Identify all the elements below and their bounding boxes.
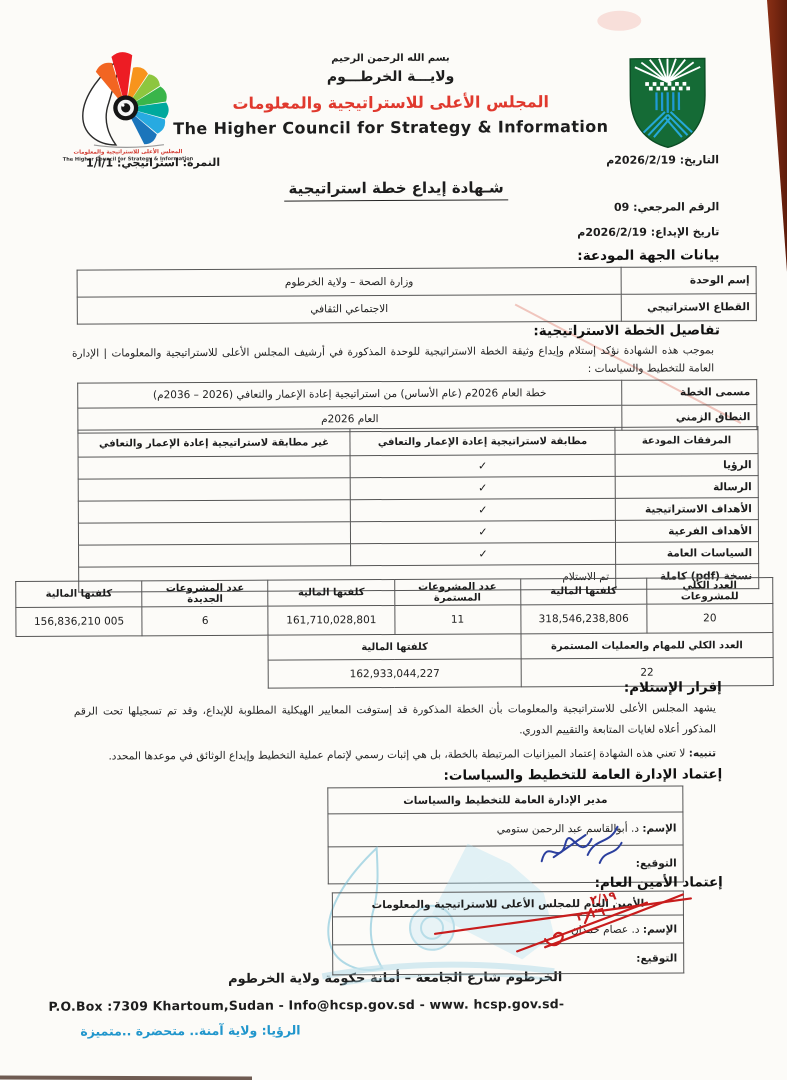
scanned-certificate-page: المجلس الأعلى للاستراتيجية والمعلومات Th… — [0, 0, 787, 1080]
column-header: العدد الكلي للمهام والعمليات المستمرة — [521, 633, 773, 659]
reference-number: الرقم المرجعي: 09 — [614, 200, 719, 214]
attachment-label: الرسالة — [615, 476, 758, 499]
attachment-label: السياسات العامة — [616, 542, 759, 565]
field-label: إسم الوحدة — [621, 267, 756, 295]
footer-address-english: P.O.Box :7309 Khartoum,Sudan - Info@hcsp… — [48, 996, 564, 1014]
empty-cell — [78, 456, 350, 479]
council-name-arabic: المجلس الأعلى للاستراتيجية والمعلومات — [156, 92, 626, 113]
notice-text: لا تعني هذه الشهادة إعتماد الميزانيات ال… — [108, 747, 688, 762]
empty-cell — [16, 660, 269, 689]
field-value: الاجتماعي الثقافي — [77, 294, 621, 324]
table-header-row: العدد الكلي للمشروعات كلفتها المالية عدد… — [16, 578, 773, 608]
document-content: المجلس الأعلى للاستراتيجية والمعلومات Th… — [0, 0, 787, 1080]
empty-cell — [78, 522, 350, 545]
check-mark: ✓ — [350, 520, 615, 543]
field-label: القطاع الاستراتيجي — [621, 294, 756, 322]
column-header: كلفتها المالية — [520, 578, 646, 605]
column-header: كلفتها المالية — [16, 581, 142, 608]
table-header-row: مدير الإدارة العامة للتخطيط والسياسات — [328, 786, 683, 814]
column-header: كلفتها المالية — [268, 579, 394, 606]
field-label: مسمى الخطة — [622, 380, 757, 406]
deposit-date: تاريخ الإيداع: 2026/2/19م — [577, 225, 719, 239]
notice-label: تنبيه: — [689, 747, 716, 759]
page-title: شـهادة إيداع خطة استراتيجية — [274, 177, 518, 201]
attachments-table: المرفقات المودعة مطابقة لاستراتيجية إعاد… — [77, 426, 759, 593]
check-mark: ✓ — [350, 476, 615, 499]
table-header-row: المرفقات المودعة مطابقة لاستراتيجية إعاد… — [78, 427, 758, 458]
table-row: القطاع الاستراتيجي الاجتماعي الثقافي — [77, 294, 756, 325]
value-cell: 318,546,238,806 — [521, 604, 647, 634]
value-cell: 11 — [394, 605, 520, 635]
column-header: كلفتها المالية — [268, 634, 520, 660]
header-center: بسم الله الرحمن الرحيم ولايـــة الخرطـــ… — [155, 52, 625, 138]
section-heading-acknowledgement: إقرار الإستلام: — [624, 679, 722, 696]
value-cell: 162,933,044,227 — [269, 659, 521, 688]
column-header: غير مطابقة لاستراتيجية إعادة الإعمار وال… — [78, 429, 350, 457]
notice-paragraph: تنبيه: لا تعني هذه الشهادة إعتماد الميزا… — [74, 744, 716, 766]
section-heading-depositor: بيانات الجهة المودعة: — [577, 247, 719, 264]
acknowledgement-paragraph: يشهد المجلس الأعلى للاستراتيجية والمعلوم… — [74, 698, 716, 743]
section-heading-plan-details: تفاصيل الخطة الاستراتيجية: — [533, 322, 720, 339]
issue-date: التاريخ: 2026/2/19م — [606, 153, 719, 167]
khartoum-state-emblem-icon — [625, 54, 710, 150]
empty-cell — [79, 544, 351, 567]
check-mark: ✓ — [351, 542, 616, 565]
empty-cell — [16, 635, 269, 661]
value-cell: 156,836,210 005 — [16, 607, 142, 637]
attachment-label: الرؤيا — [615, 454, 758, 477]
state-name: ولايـــة الخرطـــوم — [156, 68, 626, 86]
signature-label: التوقيع: — [636, 858, 677, 870]
depositor-table: إسم الوحدة وزارة الصحة – ولاية الخرطوم ا… — [77, 266, 757, 325]
name-label: الإسم: — [642, 823, 676, 835]
red-signature-scribble — [395, 886, 697, 962]
bismillah-text: بسم الله الرحمن الرحيم — [155, 52, 625, 65]
empty-cell — [78, 478, 350, 501]
ink-smudge — [597, 11, 641, 31]
council-name-english: The Higher Council for Strategy & Inform… — [156, 117, 626, 138]
table-row: 20 318,546,238,806 11 161,710,028,801 6 … — [16, 604, 773, 637]
field-value: خطة العام 2026م (عام الأساس) من استراتيج… — [78, 380, 622, 408]
blue-signature-scribble — [529, 809, 629, 882]
section-heading-planning-approval: إعتماد الإدارة العامة للتخطيط والسياسات: — [443, 766, 722, 783]
table-row: إسم الوحدة وزارة الصحة – ولاية الخرطوم — [77, 267, 756, 298]
value-cell: 161,710,028,801 — [268, 605, 394, 635]
plan-intro-paragraph: بموجب هذه الشهادة نؤكد إستلام وإيداع وثي… — [72, 341, 714, 381]
column-header: عدد المشروعات المستمرة — [394, 579, 520, 606]
check-mark: ✓ — [350, 454, 615, 477]
footer-vision-statement: الرؤيا: ولاية آمنة.. متحضرة ..متميزة — [49, 1022, 301, 1038]
field-value: وزارة الصحة – ولاية الخرطوم — [77, 267, 621, 297]
table-row: مسمى الخطة خطة العام 2026م (عام الأساس) … — [78, 380, 757, 409]
check-mark: ✓ — [350, 498, 615, 521]
attachment-label: الأهداف الفرعية — [615, 520, 758, 543]
column-header: العدد الكلي للمشروعات — [647, 578, 773, 605]
plan-details-table: مسمى الخطة خطة العام 2026م (عام الأساس) … — [77, 379, 757, 434]
empty-cell — [78, 500, 350, 523]
signatory-title: مدير الإدارة العامة للتخطيط والسياسات — [328, 786, 683, 814]
column-header: عدد المشروعات الجديدة — [142, 580, 268, 607]
column-header: المرفقات المودعة — [615, 427, 758, 455]
value-cell: 6 — [142, 606, 268, 636]
value-cell: 20 — [647, 604, 773, 634]
attachment-label: الأهداف الاستراتيجية — [615, 498, 758, 521]
column-header: مطابقة لاستراتيجية إعادة الإعمار والتعاف… — [350, 427, 615, 455]
document-number: النمرة: استراتيجي: 1/أ/1 — [86, 156, 220, 170]
projects-summary-table: العدد الكلي للمشروعات كلفتها المالية عدد… — [15, 577, 774, 690]
